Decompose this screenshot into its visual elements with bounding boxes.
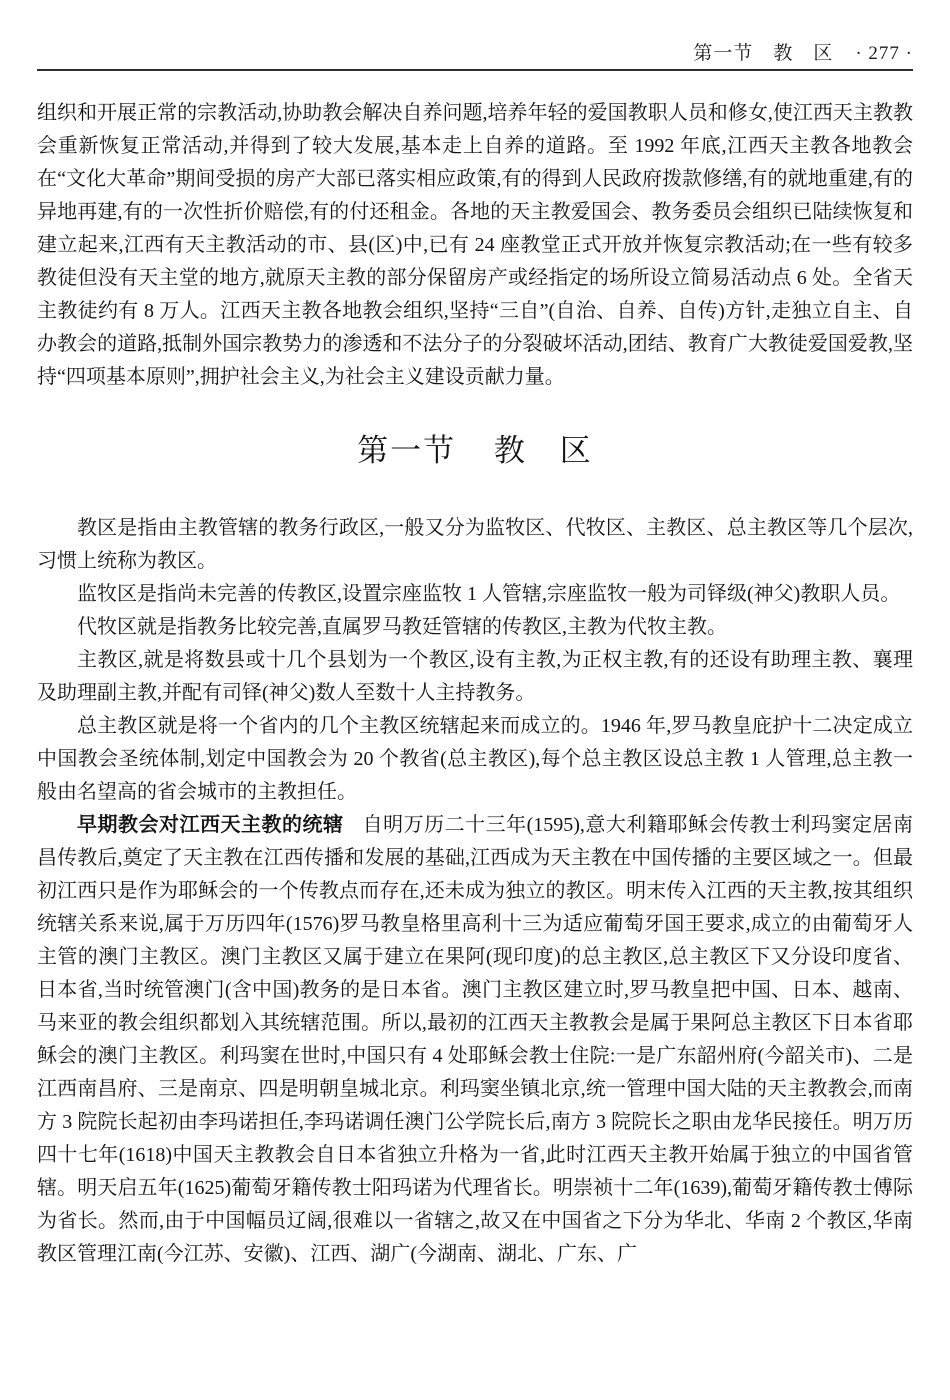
paragraph: 代牧区就是指教务比较完善,直属罗马教廷管辖的传教区,主教为代牧主教。 bbox=[37, 611, 913, 644]
paragraph: 教区是指由主教管辖的教务行政区,一般又分为监牧区、代牧区、主教区、总主教区等几个… bbox=[37, 512, 913, 578]
running-head: 第一节 教 区 bbox=[693, 38, 833, 65]
paragraph: 主教区,就是将数县或十几个县划为一个教区,设有主教,为正权主教,有的还设有助理主… bbox=[37, 644, 913, 710]
paragraph-text: 自明万历二十三年(1595),意大利籍耶稣会传教士利玛窦定居南昌传教后,奠定了天… bbox=[37, 814, 913, 1265]
paragraph: 总主教区就是将一个省内的几个主教区统辖起来而成立的。1946 年,罗马教皇庇护十… bbox=[37, 710, 913, 809]
section-label: 第一节 bbox=[357, 433, 456, 468]
paragraph: 监牧区是指尚未完善的传教区,设置宗座监牧 1 人管辖,宗座监牧一般为司铎级(神父… bbox=[37, 578, 913, 611]
document-page: 第一节 教 区 · 277 · 组织和开展正常的宗教活动,协助教会解决自养问题,… bbox=[0, 0, 950, 1400]
section-title: 教 区 bbox=[494, 433, 593, 468]
paragraph: 早期教会对江西天主教的统辖自明万历二十三年(1595),意大利籍耶稣会传教士利玛… bbox=[37, 809, 913, 1271]
page-number: · 277 · bbox=[855, 43, 913, 65]
run-in-heading: 早期教会对江西天主教的统辖 bbox=[77, 814, 344, 836]
continued-paragraph: 组织和开展正常的宗教活动,协助教会解决自养问题,培养年轻的爱国教职人员和修女,使… bbox=[37, 97, 913, 394]
section-body: 教区是指由主教管辖的教务行政区,一般又分为监牧区、代牧区、主教区、总主教区等几个… bbox=[37, 512, 913, 1271]
header-rule bbox=[37, 69, 913, 71]
section-heading: 第一节 教 区 bbox=[37, 425, 913, 470]
page-header: 第一节 教 区 · 277 · bbox=[37, 0, 913, 65]
